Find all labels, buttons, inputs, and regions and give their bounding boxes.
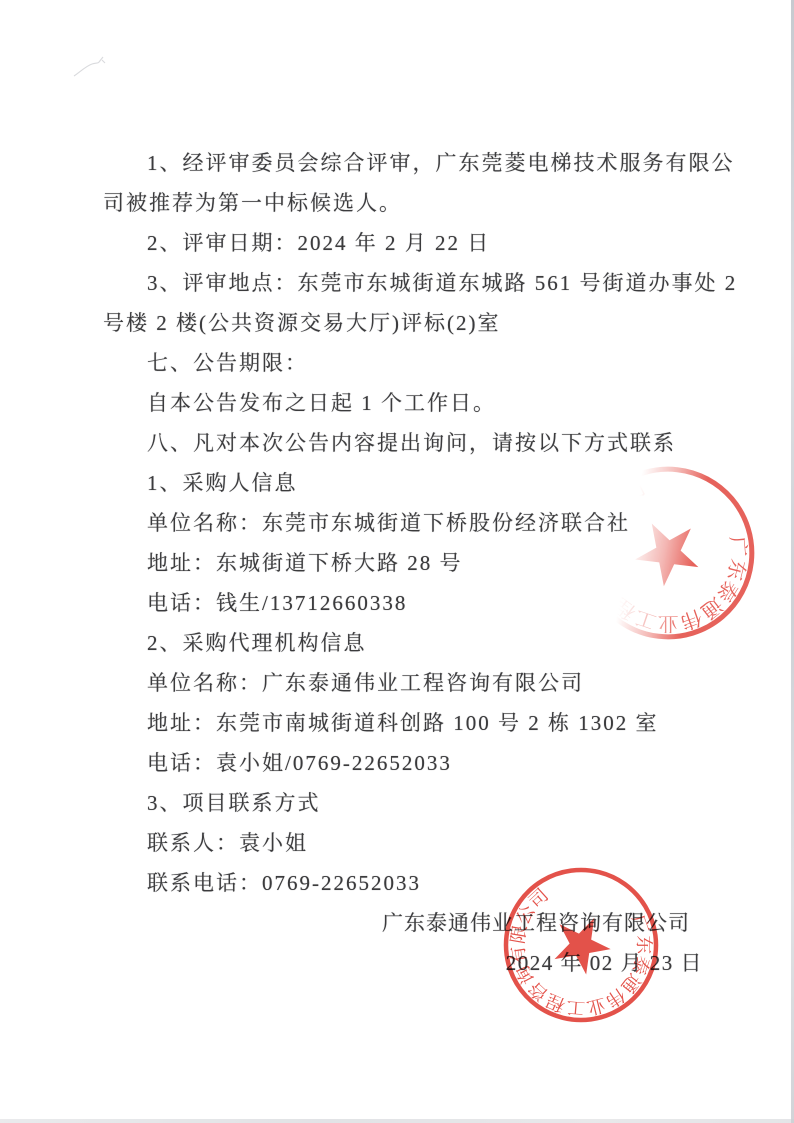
document-line: 地址：东莞市南城街道科创路 100 号 2 栋 1302 室 [0, 703, 794, 743]
signature-date: 2024 年 02 月 23 日 [0, 943, 794, 983]
document-line: 地址：东城街道下桥大路 28 号 [0, 543, 794, 583]
signature-company: 广东泰通伟业工程咨询有限公司 [0, 903, 794, 943]
document-line: 联系人：袁小姐 [0, 823, 794, 863]
document-line: 电话：袁小姐/0769-22652033 [0, 743, 794, 783]
document-line: 七、公告期限： [0, 343, 794, 383]
document-line: 3、评审地点：东莞市东城街道东城路 561 号街道办事处 2 [0, 263, 794, 303]
document-line: 联系电话：0769-22652033 [0, 863, 794, 903]
document-line: 单位名称：东莞市东城街道下桥股份经济联合社 [0, 503, 794, 543]
document-line: 八、凡对本次公告内容提出询问，请按以下方式联系 [0, 423, 794, 463]
document-line: 2、评审日期：2024 年 2 月 22 日 [0, 223, 794, 263]
document-line: 单位名称：广东泰通伟业工程咨询有限公司 [0, 663, 794, 703]
document-line: 1、采购人信息 [0, 463, 794, 503]
document-page: 1、经评审委员会综合评审，广东莞菱电梯技术服务有限公 司被推荐为第一中标候选人。… [0, 0, 794, 1123]
document-body: 1、经评审委员会综合评审，广东莞菱电梯技术服务有限公 司被推荐为第一中标候选人。… [0, 143, 794, 983]
pencil-mark [72, 52, 116, 82]
document-line: 自本公告发布之日起 1 个工作日。 [0, 383, 794, 423]
document-line: 电话：钱生/13712660338 [0, 583, 794, 623]
document-line: 2、采购代理机构信息 [0, 623, 794, 663]
document-line: 3、项目联系方式 [0, 783, 794, 823]
document-line: 1、经评审委员会综合评审，广东莞菱电梯技术服务有限公 [0, 143, 794, 183]
document-line: 号楼 2 楼(公共资源交易大厅)评标(2)室 [0, 303, 794, 343]
scan-edge-bottom [0, 1119, 794, 1123]
document-line: 司被推荐为第一中标候选人。 [0, 183, 794, 223]
